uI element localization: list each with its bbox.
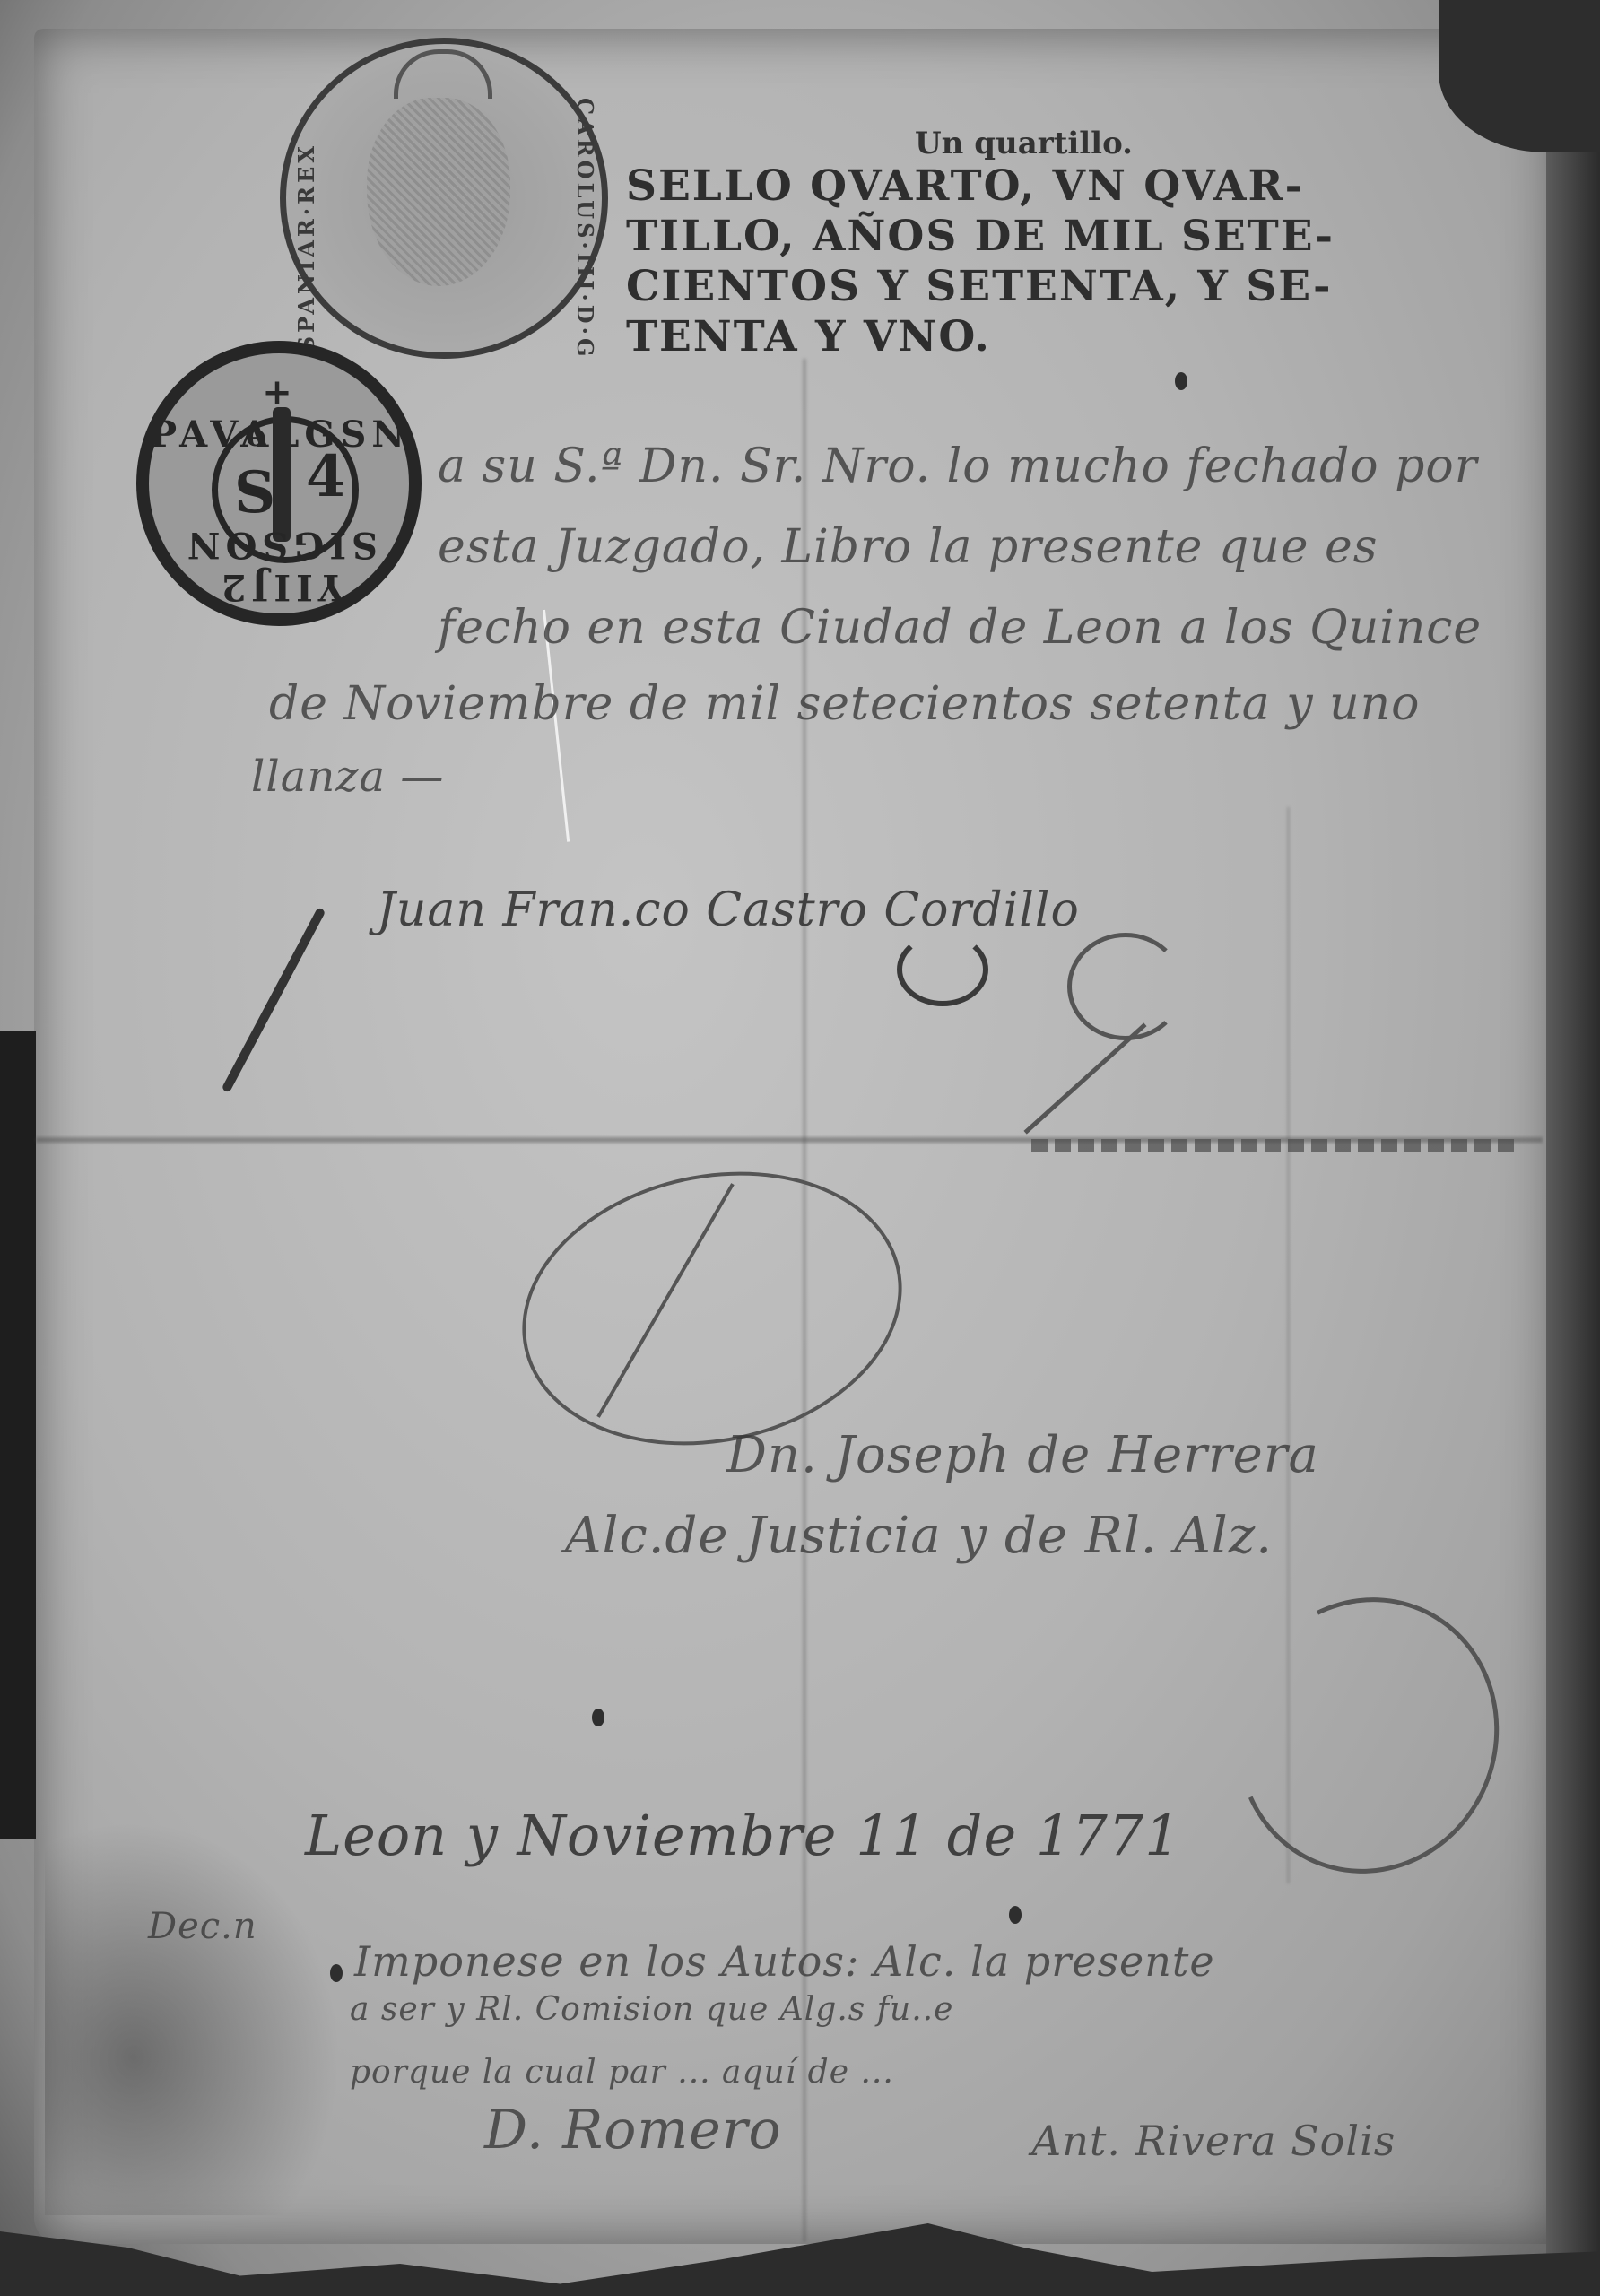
body-line-5: llanza — [251, 752, 444, 802]
scan-right-edge [1546, 0, 1600, 2296]
signature-castro: Juan Fran.co Castro Cordillo [377, 883, 1080, 937]
signature-romero: D. Romero [484, 2099, 782, 2161]
crown-icon [394, 49, 492, 99]
body-line-3: fecho en esta Ciudad de Leon a los Quinc… [438, 601, 1482, 655]
royal-seal-icon: HISPANIAR·REX CAROLUS·III·D·G [280, 38, 608, 359]
signature-rivera: Ant. Rivera Solis [1031, 2117, 1396, 2165]
signature-title: Alc.de Justicia y de Rl. Alz. [565, 1507, 1273, 1565]
royal-seal-legend-right: CAROLUS·III·D·G [568, 98, 598, 360]
closing-line-1: Imponese en los Autos: Alc. la presente [354, 1937, 1215, 1986]
stamp-denomination: Un quartillo. [915, 126, 1133, 161]
body-line-1: a su S.ª Dn. Sr. Nro. lo mucho fechado p… [438, 439, 1478, 493]
ink-seal-4: 4 [306, 443, 346, 510]
stamp-line-1: SELLO QVARTO, VN QVAR- [626, 161, 1487, 212]
stamp-line-4: TENTA Y VNO. [626, 312, 1487, 362]
date-line: Leon y Noviembre 11 de 1771 [305, 1803, 1181, 1868]
water-stain [45, 1821, 341, 2215]
body-line-4: de Noviembre de mil setecientos setenta … [269, 677, 1420, 731]
ink-stamp-seal-icon: + PAVALGSN o S 4 YIIJ2 SIGSON [136, 341, 422, 626]
ink-dot [1009, 1906, 1022, 1924]
coat-of-arms [367, 98, 510, 286]
closing-line-2: a ser y Rl. Comision que Alg.s fu..e [350, 1991, 953, 2028]
signature-herrera: Dn. Joseph de Herrera [726, 1426, 1319, 1484]
stamp-heading: SELLO QVARTO, VN QVAR- TILLO, AÑOS DE MI… [626, 161, 1487, 362]
ink-seal-o: o [246, 418, 266, 454]
ink-dot [592, 1709, 604, 1726]
ink-seal-legend-bottom: YIIJ2 SIGSON [145, 524, 414, 608]
rubric-swirl-icon [897, 933, 988, 1006]
binding-edge [0, 1031, 36, 1839]
stamp-line-3: CIENTOS Y SETENTA, Y SE- [626, 262, 1487, 312]
ink-seal-s: S [234, 459, 275, 526]
dashed-rule [1031, 1139, 1516, 1152]
closing-line-3: porque la cual par ... aquí de ... [350, 2054, 894, 2091]
margin-note: Dec.n [148, 1906, 257, 1947]
ink-dot [330, 1964, 343, 1982]
ink-dot [1175, 372, 1187, 390]
stamp-line-2: TILLO, AÑOS DE MIL SETE- [626, 212, 1487, 262]
body-line-2: esta Juzgado, Libro la presente que es [438, 520, 1378, 574]
flourish-icon [1067, 933, 1184, 1040]
